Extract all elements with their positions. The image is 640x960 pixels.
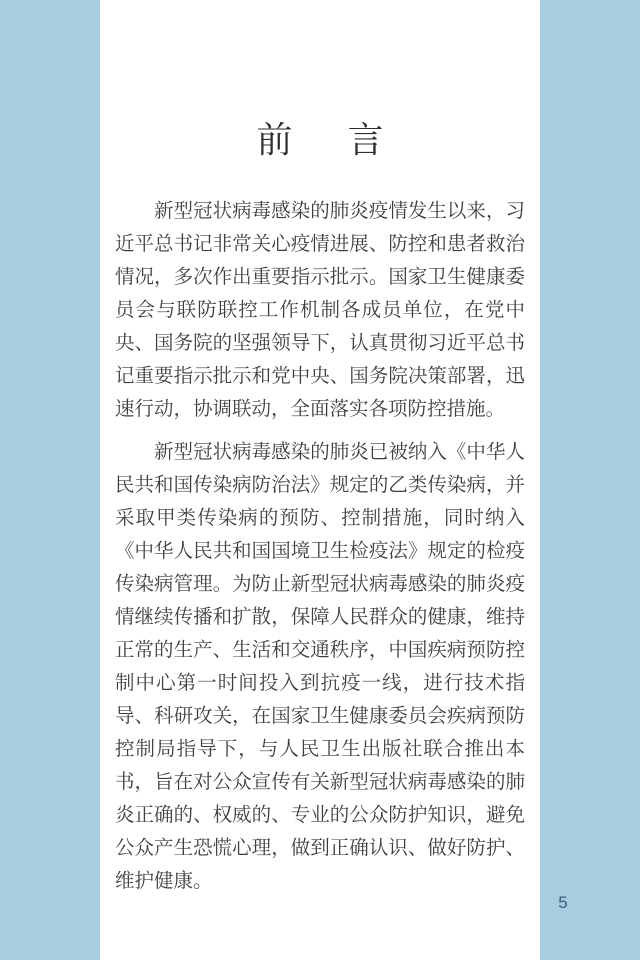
body-paragraph-2: 新型冠状病毒感染的肺炎已被纳入《中华人民共和国传染病防治法》规定的乙类传染病，并…: [115, 436, 525, 898]
page-title: 前 言: [115, 116, 525, 163]
title-char-second: 言: [348, 116, 384, 163]
page-number: 5: [548, 892, 578, 914]
page-surface: 前 言 新型冠状病毒感染的肺炎疫情发生以来，习近平总书记非常关心疫情进展、防控和…: [100, 0, 540, 960]
book-page: 前 言 新型冠状病毒感染的肺炎疫情发生以来，习近平总书记非常关心疫情进展、防控和…: [0, 0, 640, 960]
body-paragraph-1: 新型冠状病毒感染的肺炎疫情发生以来，习近平总书记非常关心疫情进展、防控和患者救治…: [115, 195, 525, 426]
title-char-first: 前: [256, 116, 292, 163]
